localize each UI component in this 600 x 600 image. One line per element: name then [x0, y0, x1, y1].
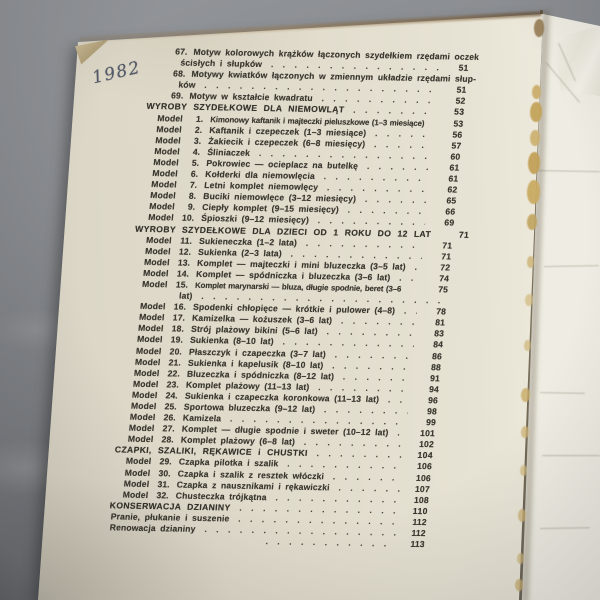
page-number: 113	[402, 539, 428, 551]
entry-prefix: Model	[150, 190, 177, 202]
entry-prefix: Model	[148, 212, 175, 224]
table-of-contents: 67. Motyw kolorowych krążków łączonych s…	[106, 46, 473, 550]
page-number: 107	[407, 483, 433, 495]
entry-prefix: Model	[128, 423, 155, 435]
page-number: 81	[423, 317, 449, 329]
entry-text: Renowacja dzianiny	[109, 522, 196, 535]
page-number: 84	[420, 339, 446, 351]
page-number: 88	[418, 362, 444, 374]
entry-number: 17.	[165, 313, 186, 324]
entry-number: 3.	[181, 135, 202, 146]
page-number: 106	[408, 472, 434, 484]
page-number: 71	[429, 251, 455, 263]
page-number: 99	[413, 417, 439, 429]
entry-number: 18.	[164, 324, 185, 335]
entry-text: ków	[178, 80, 196, 91]
page-number: 62	[435, 184, 461, 196]
page-number: 53	[442, 107, 468, 119]
page-number: 69	[432, 218, 458, 230]
entry-number: 2.	[182, 124, 203, 135]
entry-prefix: Model	[130, 401, 157, 413]
page-number: 56	[440, 129, 466, 141]
entry-number: 21.	[160, 357, 181, 368]
entry-number: 28.	[153, 434, 174, 445]
entry-number: 16.	[166, 301, 187, 312]
entry-prefix: Model	[138, 323, 165, 335]
entry-prefix: Model	[127, 434, 154, 446]
page-number: 104	[410, 450, 436, 462]
entry-number: 25.	[156, 401, 177, 412]
entry-prefix: Model	[133, 367, 160, 379]
page-number: 61	[436, 173, 462, 185]
glue-stain	[517, 553, 524, 564]
dot-leader: ........................................	[440, 229, 441, 240]
entry-prefix: Model	[152, 168, 179, 180]
entry-prefix: Model	[144, 257, 171, 269]
entry-number: 29.	[151, 457, 172, 468]
page-number: 71	[447, 229, 473, 241]
glue-stain	[527, 180, 540, 204]
page-number: 65	[434, 195, 460, 207]
glue-stain	[527, 214, 537, 230]
entry-number: 11.	[172, 235, 193, 246]
glue-stain	[534, 19, 544, 37]
glue-stain	[527, 256, 534, 268]
dot-leader: ........................................	[265, 536, 396, 549]
page-number: 96	[415, 395, 441, 407]
glue-stain	[530, 130, 540, 146]
glue-stain	[530, 102, 542, 122]
page-number: 106	[409, 461, 435, 473]
entry-text: lat)	[179, 291, 193, 302]
entry-prefix: Model	[156, 124, 183, 136]
entry-prefix: Model	[123, 478, 150, 490]
entry-prefix: Model	[137, 334, 164, 346]
entry-number: 10.	[174, 213, 195, 224]
entry-prefix: Model	[129, 412, 156, 424]
entry-prefix: Model	[135, 345, 162, 357]
dot-leader: ........................................	[399, 272, 421, 283]
page-number: 98	[414, 406, 440, 418]
entry-number: 12.	[171, 246, 192, 257]
glue-stain	[520, 465, 527, 476]
page-number: 61	[437, 162, 463, 174]
dot-leader: ........................................	[397, 428, 406, 439]
entry-number: 23.	[158, 379, 179, 390]
entry-prefix: Model	[124, 467, 151, 479]
entry-text: Kamizela	[182, 413, 221, 425]
entry-prefix: Model	[155, 135, 182, 147]
dot-leader: ........................................	[404, 306, 418, 317]
entry-number: 20.	[161, 346, 182, 357]
entry-prefix: Model	[149, 201, 176, 213]
entry-prefix: Model	[153, 157, 180, 169]
page-number: 57	[439, 140, 465, 152]
entry-number: 19.	[163, 335, 184, 346]
photo-stage: 1982 67. Motyw kolorowych krążków łączon…	[0, 0, 600, 600]
page-number: 94	[416, 384, 442, 396]
entry-prefix: Model	[132, 379, 159, 391]
entry-number: 7.	[177, 180, 198, 191]
dot-leader: ........................................	[388, 394, 410, 405]
entry-number: 22.	[159, 368, 180, 379]
page-number: 108	[406, 495, 432, 507]
entry-number: 24.	[157, 390, 178, 401]
entry-prefix: Model	[139, 312, 166, 324]
entry-prefix: Model	[146, 235, 173, 247]
page-number: 86	[419, 351, 445, 363]
entry-prefix: Model	[151, 179, 178, 191]
entry-prefix: Model	[125, 456, 152, 468]
dot-leader: ........................................	[414, 262, 421, 273]
page-number: 101	[412, 428, 438, 440]
page-number: 52	[443, 96, 469, 108]
entry-prefix: Model	[143, 268, 170, 280]
entry-prefix: Model	[122, 489, 149, 501]
entry-prefix: Model	[131, 390, 158, 402]
entry-prefix: Model	[140, 301, 167, 313]
page-number: 91	[417, 373, 443, 385]
page-number: 74	[427, 273, 453, 285]
page-number: 83	[421, 328, 447, 340]
glue-stain	[515, 579, 523, 591]
page-number: 72	[428, 262, 454, 274]
glue-stain	[521, 426, 529, 438]
page-number: 102	[411, 439, 437, 451]
entry-number: 69.	[167, 91, 184, 102]
entry-prefix: Model	[145, 246, 172, 258]
entry-number: 4.	[180, 146, 201, 157]
page-number: 78	[424, 306, 450, 318]
entry-prefix: Model	[142, 279, 169, 291]
page-number: 51	[446, 63, 472, 75]
page-number: 51	[444, 85, 470, 97]
page-number: 53	[441, 118, 467, 130]
entry-prefix: Model	[154, 146, 181, 158]
entry-prefix: Model	[134, 356, 161, 368]
page-number: 60	[438, 151, 464, 163]
entry-number: 8.	[176, 191, 197, 202]
glue-stain	[518, 509, 526, 522]
entry-number: 1.	[183, 113, 204, 124]
page-number: 75	[426, 284, 452, 296]
entry-number: 13.	[170, 257, 191, 268]
entry-number: 30.	[150, 468, 171, 479]
entry-number: 15.	[168, 279, 189, 290]
page-number: 110	[405, 506, 431, 518]
entry-number: 14.	[169, 268, 190, 279]
entry-number: 5.	[179, 157, 200, 168]
page-number: 112	[403, 528, 429, 540]
entry-prefix: Model	[157, 113, 184, 125]
entry-number: 32.	[148, 490, 169, 501]
page-number: 112	[404, 517, 430, 529]
entry-number: 6.	[178, 169, 199, 180]
entry-number: 68.	[169, 69, 186, 80]
glue-stain	[528, 152, 540, 174]
entry-number: 67.	[171, 46, 188, 57]
page-number: 66	[433, 207, 459, 219]
entry-number: 9.	[175, 202, 196, 213]
entry-number: 26.	[155, 412, 176, 423]
page-number: 71	[430, 240, 456, 252]
entry-number: 27.	[154, 423, 175, 434]
entry-text: Śliniaczek	[207, 147, 251, 159]
entry-number: 31.	[149, 479, 170, 490]
glue-stain	[524, 340, 531, 351]
